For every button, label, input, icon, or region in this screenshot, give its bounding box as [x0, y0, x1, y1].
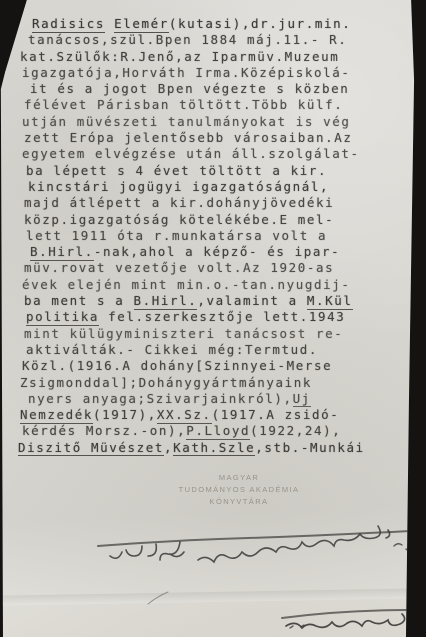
- text-segment: majd átlépett a kir.dohányjövedéki: [24, 195, 334, 210]
- text-segment: [105, 16, 114, 31]
- typed-line: zett Erópa jelentősebb városaiban.Az: [18, 130, 412, 146]
- typed-line: igazgatója,Horváth Irma.Középiskolá-: [18, 65, 412, 81]
- text-segment: nyers anyaga;Szivarjainkról),: [28, 391, 293, 406]
- text-segment: kat.Szülők:R.Jenő,az Iparmüv.Muzeum: [20, 49, 339, 64]
- text-segment: (1922,24),: [250, 423, 341, 438]
- underlined-text: Diszitő Müvészet: [18, 440, 164, 457]
- underlined-text: politika: [26, 309, 99, 326]
- typed-line: kat.Szülők:R.Jenő,az Iparmüv.Muzeum: [18, 49, 412, 65]
- typed-line: kincstári jogügyi igazgatóságnál,: [18, 179, 412, 195]
- text-segment: Zsigmonddal];Dohánygyártmányaink: [20, 375, 312, 390]
- text-segment: kincstári jogügyi igazgatóságnál,: [28, 179, 329, 194]
- text-segment: aktiválták.- Cikkei még:Termtud.: [26, 342, 318, 357]
- typed-line: aktiválták.- Cikkei még:Termtud.: [18, 342, 412, 358]
- typed-line: it és a jogot Bpen végezte s közben: [18, 81, 412, 97]
- typed-line: lett 1911 óta r.munkatársa volt a: [18, 228, 412, 244]
- text-segment: fel.szerkesztője lett.1943: [99, 309, 345, 324]
- typed-line: müv.rovat vezetője volt.Az 1920-as: [18, 260, 412, 276]
- underlined-text: P.Lloyd: [186, 423, 250, 440]
- text-segment: ba ment s a: [24, 293, 134, 308]
- text-segment: kérdés Morsz.-on),: [22, 423, 186, 438]
- text-segment: lett 1911 óta r.munkatársa volt a: [26, 228, 327, 243]
- typed-line: majd átlépett a kir.dohányjövedéki: [18, 195, 412, 211]
- text-segment: (kutasi),dr.jur.min.: [169, 16, 352, 31]
- stamp-line: MAGYAR: [179, 472, 300, 484]
- typed-text-block: Radisics Elemér(kutasi),dr.jur.min.tanác…: [18, 16, 412, 456]
- typed-line: tanácsos,szül.Bpen 1884 máj.11.- R.: [18, 32, 412, 48]
- text-segment: (1917),: [93, 407, 157, 422]
- typed-line: ba lépett s 4 évet töltött a kir.: [18, 163, 412, 179]
- underlined-text: Elemér: [114, 16, 169, 33]
- library-stamp: MAGYAR TUDOMÁNYOS AKADÉMIA KÖNYVTÁRA: [179, 472, 300, 508]
- text-segment: ,: [164, 440, 173, 455]
- underlined-text: B.Hirl.: [134, 293, 198, 310]
- typed-line: Radisics Elemér(kutasi),dr.jur.min.: [18, 16, 412, 32]
- typed-line: egyetem elvégzése után áll.szolgálat-: [18, 146, 412, 162]
- typed-line: utján müvészeti tanulmányokat is vég: [18, 114, 412, 130]
- underlined-text: B.Hirl.: [30, 244, 94, 261]
- typed-line: politika fel.szerkesztője lett.1943: [18, 309, 412, 325]
- index-card: Radisics Elemér(kutasi),dr.jur.min.tanác…: [0, 0, 426, 637]
- text-segment: (1917.A zsidó-: [212, 407, 340, 422]
- typed-line: félévet Párisban töltött.Több külf.: [18, 97, 412, 113]
- text-segment: évek elején mint min.o.-tan.nyugdij-: [22, 277, 351, 292]
- underlined-text: Uj: [293, 391, 311, 408]
- typed-line: közp.igazgatóság kötelékébe.E mel-: [18, 212, 412, 228]
- handwritten-note-inverted-upper: [88, 516, 410, 574]
- typed-line: Közl.(1916.A dohány[Szinnyei-Merse: [18, 358, 412, 374]
- typed-line: évek elején mint min.o.-tan.nyugdij-: [18, 277, 412, 293]
- text-segment: közp.igazgatóság kötelékébe.E mel-: [24, 212, 334, 227]
- text-segment: ba lépett s 4 évet töltött a kir.: [26, 163, 327, 178]
- typed-line: B.Hirl.-nak,ahol a képző- és ipar-: [18, 244, 412, 260]
- stamp-line: KÖNYVTÁRA: [179, 496, 300, 508]
- underlined-text: Nemzedék: [20, 407, 93, 424]
- typed-line: Diszitő Müvészet,Kath.Szle,stb.-Munkái: [18, 440, 412, 456]
- underlined-text: M.Kül: [307, 293, 353, 310]
- text-segment: igazgatója,Horváth Irma.Középiskolá-: [22, 65, 351, 80]
- text-segment: müv.rovat vezetője volt.Az 1920-as: [24, 260, 334, 275]
- underlined-text: XX.Sz.: [157, 407, 212, 424]
- text-segment: it és a jogot Bpen végezte s közben: [30, 81, 349, 96]
- stamp-line: TUDOMÁNYOS AKADÉMIA: [179, 484, 300, 496]
- text-segment: utján müvészeti tanulmányokat is vég: [22, 114, 351, 129]
- text-segment: félévet Párisban töltött.Több külf.: [24, 97, 343, 112]
- typed-line: ba ment s a B.Hirl.,valamint a M.Kül: [18, 293, 412, 309]
- text-segment: mint külügyminiszteri tanácsost re-: [24, 326, 343, 341]
- text-segment: Közl.(1916.A dohány[Szinnyei-Merse: [22, 358, 332, 373]
- text-segment: ,stb.-Munkái: [255, 440, 365, 455]
- typed-line: nyers anyaga;Szivarjainkról),Uj: [18, 391, 412, 407]
- typed-line: Nemzedék(1917),XX.Sz.(1917.A zsidó-: [18, 407, 412, 423]
- text-segment: ,valamint a: [197, 293, 307, 308]
- typed-line: mint külügyminiszteri tanácsost re-: [18, 326, 412, 342]
- text-segment: zett Erópa jelentősebb városaiban.Az: [24, 130, 353, 145]
- text-segment: tanácsos,szül.Bpen 1884 máj.11.- R.: [28, 32, 347, 47]
- text-segment: -nak,ahol a képző- és ipar-: [94, 244, 340, 259]
- underlined-text: Kath.Szle: [173, 440, 255, 457]
- text-segment: egyetem elvégzése után áll.szolgálat-: [22, 146, 360, 161]
- underlined-text: Radisics: [32, 16, 105, 33]
- handwritten-note-inverted-lower: [140, 588, 416, 632]
- typed-line: kérdés Morsz.-on),P.Lloyd(1922,24),: [18, 423, 412, 439]
- photo-background: Radisics Elemér(kutasi),dr.jur.min.tanác…: [0, 0, 426, 637]
- typed-line: Zsigmonddal];Dohánygyártmányaink: [18, 375, 412, 391]
